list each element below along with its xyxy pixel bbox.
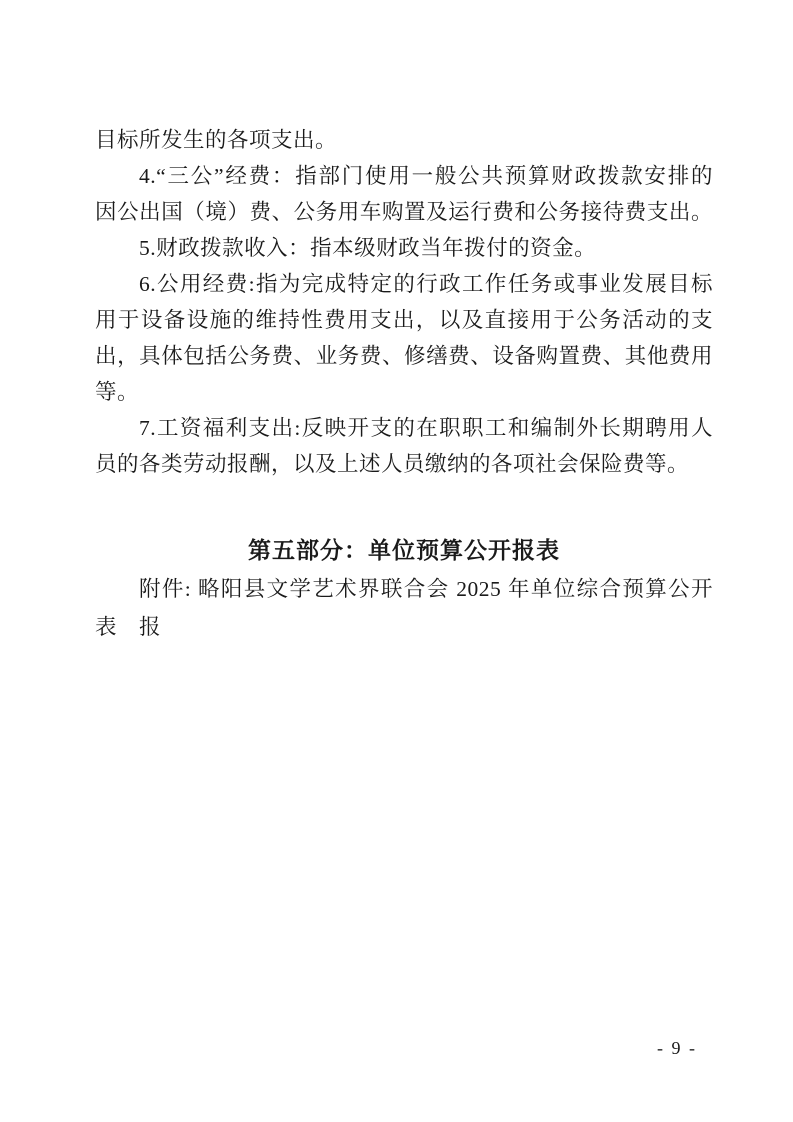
body-line: 5.财政拨款收入：指本级财政当年拨付的资金。 [95, 230, 713, 266]
body-line: 目标所发生的各项支出。 [95, 122, 713, 158]
document-body: 目标所发生的各项支出。 4.“三公”经费：指部门使用一般公共预算财政拨款安排的 … [95, 122, 713, 646]
body-line: 等。 [95, 374, 713, 410]
body-line: 6.公用经费:指为完成特定的行政工作任务或事业发展目标 [95, 266, 713, 302]
attachment-line: 附件: 略阳县文学艺术界联合会 2025 年单位综合预算公开报 [95, 570, 713, 608]
document-page: 目标所发生的各项支出。 4.“三公”经费：指部门使用一般公共预算财政拨款安排的 … [0, 0, 793, 1122]
attachment-line: 表 [95, 608, 713, 646]
body-line: 7.工资福利支出:反映开支的在职职工和编制外长期聘用人 [95, 410, 713, 446]
body-line: 用于设备设施的维持性费用支出，以及直接用于公务活动的支 [95, 302, 713, 338]
body-line: 员的各类劳动报酬，以及上述人员缴纳的各项社会保险费等。 [95, 446, 713, 482]
body-line: 因公出国（境）费、公务用车购置及运行费和公务接待费支出。 [95, 194, 713, 230]
section-heading: 第五部分：单位预算公开报表 [95, 532, 713, 570]
body-line: 4.“三公”经费：指部门使用一般公共预算财政拨款安排的 [95, 158, 713, 194]
body-line: 出，具体包括公务费、业务费、修缮费、设备购置费、其他费用 [95, 338, 713, 374]
page-number: - 9 - [657, 1036, 697, 1060]
